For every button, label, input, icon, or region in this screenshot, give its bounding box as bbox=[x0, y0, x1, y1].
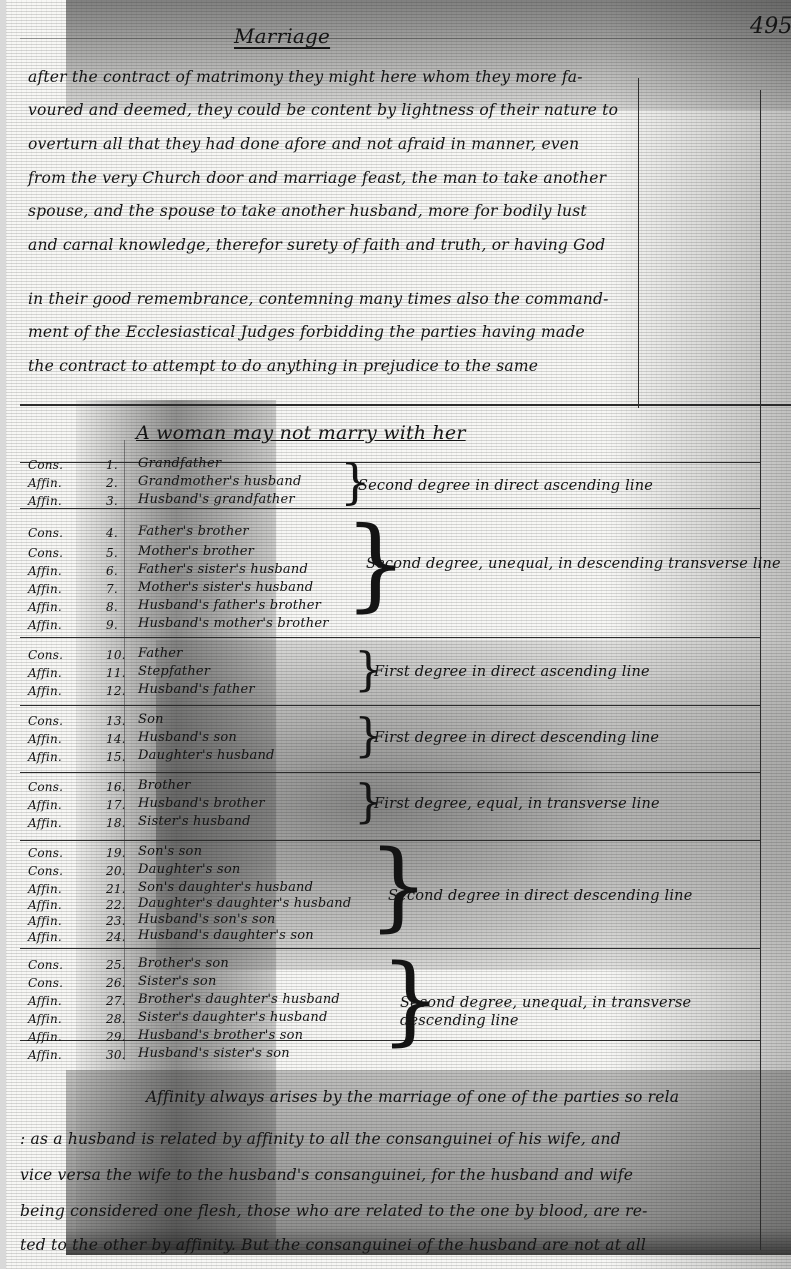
degree-description: Second degree, unequal, in transverse de… bbox=[400, 994, 760, 1030]
relation-type: Affin. bbox=[28, 750, 62, 764]
relation-type: Affin. bbox=[28, 494, 62, 508]
relation-type: Cons. bbox=[28, 648, 63, 662]
relation-type: Affin. bbox=[28, 1030, 62, 1044]
relation-name: Husband's son bbox=[138, 730, 237, 745]
table-heading: A woman may not marry with her bbox=[136, 422, 466, 444]
relation-name: Brother's son bbox=[138, 956, 229, 971]
relation-type: Affin. bbox=[28, 732, 62, 746]
relation-type: Affin. bbox=[28, 914, 62, 928]
relation-name: Mother's sister's husband bbox=[138, 580, 313, 595]
relation-type: Affin. bbox=[28, 600, 62, 614]
paragraph-line: voured and deemed, they could be content… bbox=[28, 101, 618, 119]
relation-name: Son's daughter's husband bbox=[138, 880, 313, 895]
relation-type: Affin. bbox=[28, 898, 62, 912]
paragraph-line: ment of the Ecclesiastical Judges forbid… bbox=[28, 323, 585, 341]
relation-name: Husband's father bbox=[138, 682, 255, 697]
relation-type: Cons. bbox=[28, 546, 63, 560]
relation-name: Husband's grandfather bbox=[138, 492, 295, 507]
table-rule bbox=[20, 705, 760, 706]
relation-type: Cons. bbox=[28, 864, 63, 878]
relation-type: Affin. bbox=[28, 1048, 62, 1062]
relation-name: Sister's son bbox=[138, 974, 217, 989]
relation-type: Cons. bbox=[28, 976, 63, 990]
section-divider bbox=[20, 404, 791, 406]
relation-name: Husband's son's son bbox=[138, 912, 275, 927]
paragraph-line: the contract to attempt to do anything i… bbox=[28, 357, 538, 375]
relation-type: Cons. bbox=[28, 526, 63, 540]
degree-description: Second degree in direct descending line bbox=[388, 888, 693, 904]
relation-name: Son bbox=[138, 712, 164, 727]
paragraph-line: : as a husband is related by affinity to… bbox=[20, 1130, 621, 1148]
relation-type: Affin. bbox=[28, 684, 62, 698]
relation-type: Cons. bbox=[28, 458, 63, 472]
relation-name: Brother's daughter's husband bbox=[138, 992, 340, 1007]
relation-type: Affin. bbox=[28, 476, 62, 490]
page-title: Marriage bbox=[234, 24, 330, 48]
entry-number: 16. bbox=[106, 780, 126, 794]
relation-type: Cons. bbox=[28, 846, 63, 860]
relation-type: Affin. bbox=[28, 618, 62, 632]
entry-number: 3. bbox=[106, 494, 118, 508]
entry-number: 2. bbox=[106, 476, 118, 490]
paragraph-line: from the very Church door and marriage f… bbox=[28, 169, 606, 187]
entry-number: 10. bbox=[106, 648, 126, 662]
relation-name: Grandmother's husband bbox=[138, 474, 301, 489]
entry-number: 26. bbox=[106, 976, 126, 990]
entry-number: 24. bbox=[106, 930, 126, 944]
relation-name: Grandfather bbox=[138, 456, 221, 471]
relation-name: Mother's brother bbox=[138, 544, 254, 559]
relation-name: Father's brother bbox=[138, 524, 249, 539]
paragraph-line: overturn all that they had done afore an… bbox=[28, 135, 579, 153]
entry-number: 9. bbox=[106, 618, 118, 632]
relation-type: Cons. bbox=[28, 780, 63, 794]
page-number: 495 bbox=[750, 14, 791, 39]
entry-number: 7. bbox=[106, 582, 118, 596]
brace-icon: } bbox=[368, 838, 429, 934]
entry-number: 30. bbox=[106, 1048, 126, 1062]
relation-type: Affin. bbox=[28, 882, 62, 896]
paragraph-line: Affinity always arises by the marriage o… bbox=[146, 1088, 679, 1106]
relation-name: Brother bbox=[138, 778, 191, 793]
table-rule bbox=[20, 637, 760, 638]
entry-number: 6. bbox=[106, 564, 118, 578]
relation-name: Daughter's husband bbox=[138, 748, 275, 763]
entry-number: 18. bbox=[106, 816, 126, 830]
entry-number: 13. bbox=[106, 714, 126, 728]
relation-name: Husband's brother's son bbox=[138, 1028, 303, 1043]
entry-number: 22. bbox=[106, 898, 126, 912]
relation-name: Stepfather bbox=[138, 664, 210, 679]
entry-number: 25. bbox=[106, 958, 126, 972]
entry-number: 28. bbox=[106, 1012, 126, 1026]
relation-type: Affin. bbox=[28, 666, 62, 680]
relation-name: Husband's brother bbox=[138, 796, 265, 811]
relation-name: Father bbox=[138, 646, 183, 661]
relation-name: Daughter's son bbox=[138, 862, 240, 877]
entry-number: 27. bbox=[106, 994, 126, 1008]
degree-description: Second degree, unequal, in descending tr… bbox=[366, 556, 781, 572]
relation-name: Son's son bbox=[138, 844, 202, 859]
paragraph-line: vice versa the wife to the husband's con… bbox=[20, 1166, 633, 1184]
relation-type: Cons. bbox=[28, 958, 63, 972]
entry-number: 8. bbox=[106, 600, 118, 614]
degree-description: Second degree in direct ascending line bbox=[358, 478, 653, 494]
relation-name: Father's sister's husband bbox=[138, 562, 308, 577]
entry-number: 12. bbox=[106, 684, 126, 698]
table-rule bbox=[20, 772, 760, 773]
paragraph-line: in their good remembrance, contemning ma… bbox=[28, 290, 609, 308]
relation-name: Husband's daughter's son bbox=[138, 928, 314, 943]
degree-description: First degree, equal, in transverse line bbox=[374, 796, 660, 812]
degree-description: First degree in direct ascending line bbox=[374, 664, 650, 680]
paragraph-rule bbox=[20, 38, 791, 39]
entry-number: 17. bbox=[106, 798, 126, 812]
entry-number: 23. bbox=[106, 914, 126, 928]
entry-number: 11. bbox=[106, 666, 126, 680]
relation-type: Affin. bbox=[28, 798, 62, 812]
relation-name: Daughter's daughter's husband bbox=[138, 896, 351, 911]
entry-number: 15. bbox=[106, 750, 126, 764]
relation-type: Affin. bbox=[28, 564, 62, 578]
relation-type: Affin. bbox=[28, 930, 62, 944]
entry-number: 4. bbox=[106, 526, 118, 540]
relation-type: Affin. bbox=[28, 994, 62, 1008]
paragraph-line: and carnal knowledge, therefor surety of… bbox=[28, 236, 605, 254]
entry-number: 20. bbox=[106, 864, 126, 878]
entry-number: 14. bbox=[106, 732, 126, 746]
manuscript-page: 495 Marriage after the contract of matri… bbox=[6, 0, 791, 1269]
table-rule bbox=[20, 462, 760, 463]
relation-type: Cons. bbox=[28, 714, 63, 728]
paragraph-line: ted to the other by affinity. But the co… bbox=[20, 1236, 646, 1254]
entry-number: 19. bbox=[106, 846, 126, 860]
paragraph-line: being considered one flesh, those who ar… bbox=[20, 1202, 648, 1220]
relation-name: Sister's daughter's husband bbox=[138, 1010, 327, 1025]
relation-type: Affin. bbox=[28, 582, 62, 596]
degree-description: First degree in direct descending line bbox=[374, 730, 659, 746]
paragraph-line: spouse, and the spouse to take another h… bbox=[28, 202, 587, 220]
entry-number: 1. bbox=[106, 458, 118, 472]
relation-name: Husband's father's brother bbox=[138, 598, 321, 613]
entry-number: 29. bbox=[106, 1030, 126, 1044]
column-rule-right-inner bbox=[638, 78, 639, 408]
relation-name: Sister's husband bbox=[138, 814, 251, 829]
relation-name: Husband's sister's son bbox=[138, 1046, 290, 1061]
entry-number: 21. bbox=[106, 882, 126, 896]
paragraph-line: after the contract of matrimony they mig… bbox=[28, 68, 583, 86]
column-rule-right-outer bbox=[760, 90, 761, 1250]
relation-name: Husband's mother's brother bbox=[138, 616, 329, 631]
relation-type: Affin. bbox=[28, 1012, 62, 1026]
relation-type: Affin. bbox=[28, 816, 62, 830]
entry-number: 5. bbox=[106, 546, 118, 560]
